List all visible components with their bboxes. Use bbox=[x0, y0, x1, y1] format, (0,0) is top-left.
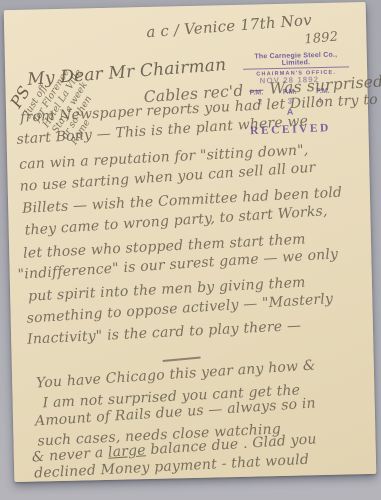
received-stamp-pm: P.M. bbox=[283, 89, 297, 96]
section-divider bbox=[163, 356, 201, 362]
dateline: a c / Venice 17th Nov bbox=[146, 11, 313, 41]
company-stamp-name: The Carnegie Steel Co., Limited. bbox=[243, 51, 349, 69]
letter-paper: PS Just off for Florence Hotel La Ville … bbox=[4, 2, 377, 482]
underlined-word: large bbox=[108, 442, 147, 460]
received-stamp-date: NOV 28 1892 bbox=[235, 74, 343, 85]
received-stamp-pm: P.M. bbox=[250, 89, 264, 96]
dateline-year: 1892 bbox=[304, 29, 339, 47]
letter-photograph: PS Just off for Florence Hotel La Ville … bbox=[0, 0, 381, 500]
